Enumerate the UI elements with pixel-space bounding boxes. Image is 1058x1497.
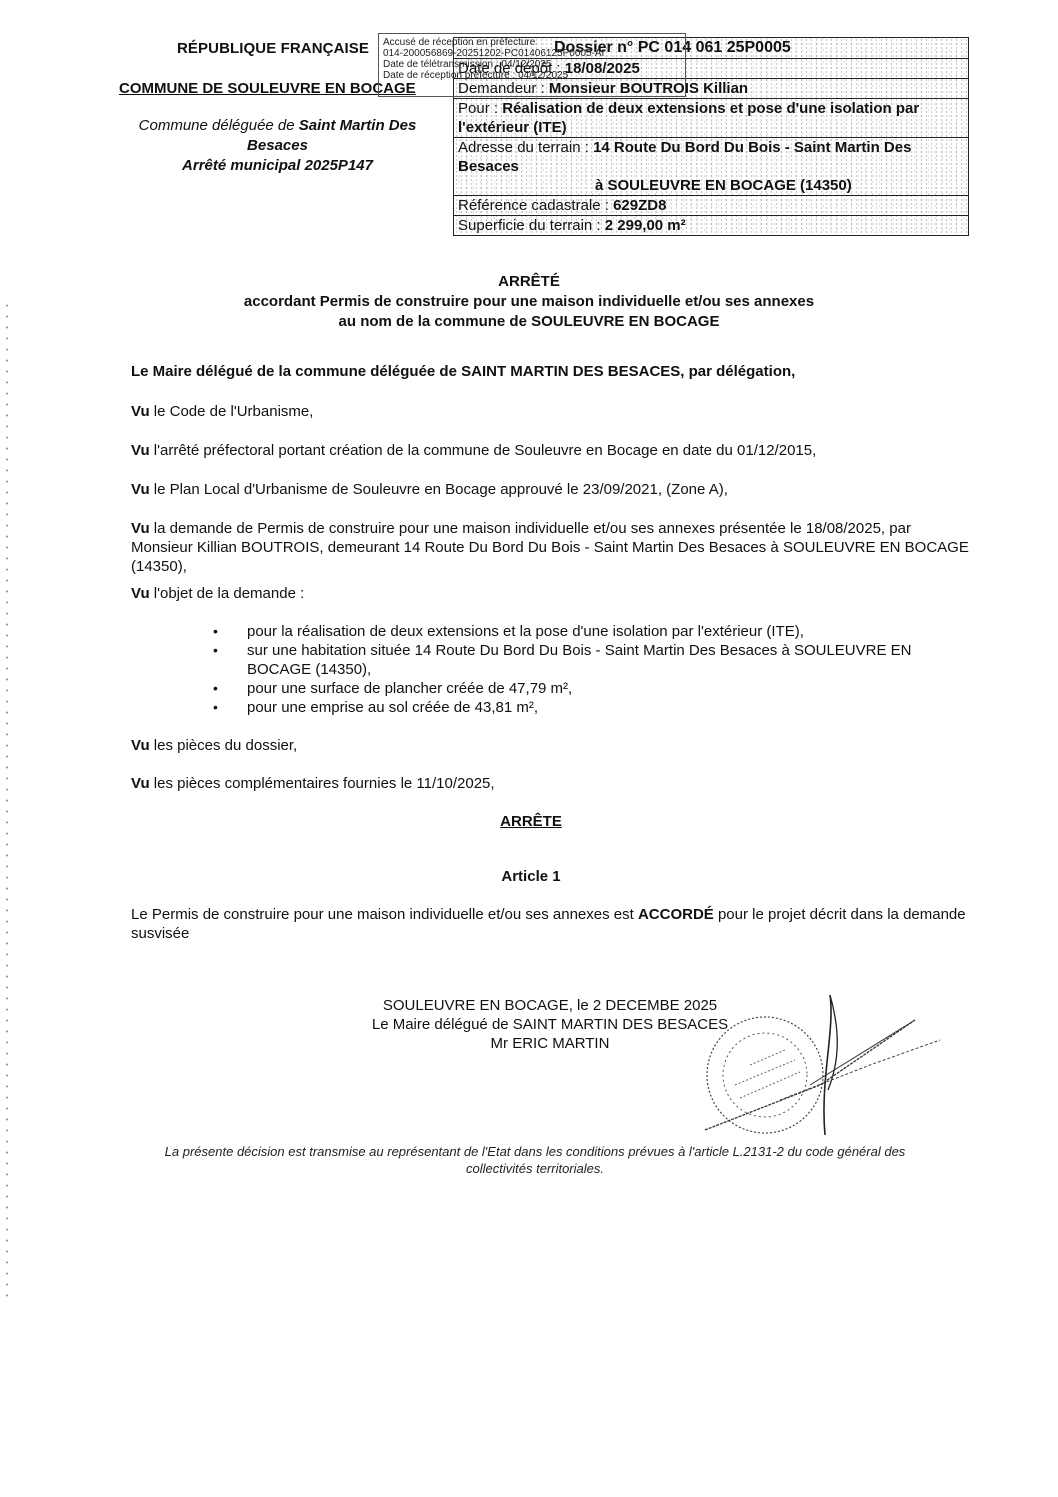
list-item: pour une surface de plancher créée de 47… xyxy=(213,679,973,698)
superficie-value: 2 299,00 m² xyxy=(605,217,686,234)
vu-text: les pièces complémentaires fournies le 1… xyxy=(150,775,495,792)
transmission-notice: La présente décision est transmise au re… xyxy=(130,1143,940,1177)
article-decision: ACCORDÉ xyxy=(638,906,714,923)
vu-paragraph: Vu l'arrêté préfectoral portant création… xyxy=(131,441,971,460)
vu-text: l'objet de la demande : xyxy=(150,585,305,602)
list-item: pour une emprise au sol créée de 43,81 m… xyxy=(213,698,973,717)
vu-paragraph: Vu les pièces du dossier, xyxy=(131,736,971,755)
title-arrete: ARRÊTÉ xyxy=(0,272,1058,292)
article-paragraph: Le Permis de construire pour une maison … xyxy=(131,905,971,943)
official-seal-and-signature-icon xyxy=(690,990,950,1140)
title-commune: au nom de la commune de SOULEUVRE EN BOC… xyxy=(0,312,1058,332)
vu-paragraph: Vu la demande de Permis de construire po… xyxy=(131,519,971,576)
dossier-pour-row: Pour : Réalisation de deux extensions et… xyxy=(454,99,968,138)
article-heading: Article 1 xyxy=(131,867,931,886)
vu-word: Vu xyxy=(131,775,150,792)
stamp-line: Date de télétransmission : 04/12/2025 xyxy=(383,59,681,70)
cadastre-value: 629ZD8 xyxy=(613,197,666,214)
pour-value: Réalisation de deux extensions et pose d… xyxy=(458,100,919,136)
vu-text: les pièces du dossier, xyxy=(150,737,298,754)
superficie-label: Superficie du terrain : xyxy=(458,217,605,234)
delegated-commune-block: Commune déléguée de Saint Martin Des Bes… xyxy=(110,116,445,176)
vu-word: Vu xyxy=(131,442,150,459)
dossier-adresse-row: Adresse du terrain : 14 Route Du Bord Du… xyxy=(454,138,968,196)
vu-word: Vu xyxy=(131,481,150,498)
scan-edge-marks xyxy=(6,300,8,1300)
vu-paragraph: Vu l'objet de la demande : xyxy=(131,584,971,603)
vu-paragraph: Vu le Code de l'Urbanisme, xyxy=(131,402,971,421)
demande-object-list: pour la réalisation de deux extensions e… xyxy=(213,622,973,717)
commune-heading: COMMUNE DE SOULEUVRE EN BOCAGE xyxy=(119,80,416,97)
arrete-reference: Arrêté municipal 2025P147 xyxy=(182,157,373,174)
document-page: RÉPUBLIQUE FRANÇAISE COMMUNE DE SOULEUVR… xyxy=(0,0,1058,1497)
stamp-line: Accusé de réception en préfecture xyxy=(383,37,681,48)
dossier-cadastre-row: Référence cadastrale : 629ZD8 xyxy=(454,196,968,216)
vu-paragraph: Vu les pièces complémentaires fournies l… xyxy=(131,774,971,793)
prefecture-receipt-stamp: Accusé de réception en préfecture 014-20… xyxy=(378,33,686,97)
vu-text: le Plan Local d'Urbanisme de Souleuvre e… xyxy=(150,481,728,498)
vu-word: Vu xyxy=(131,585,150,602)
vu-word: Vu xyxy=(131,737,150,754)
arrete-heading: ARRÊTE xyxy=(131,812,931,831)
pour-label: Pour : xyxy=(458,100,502,117)
vu-text: le Code de l'Urbanisme, xyxy=(150,403,314,420)
intro-paragraph: Le Maire délégué de la commune déléguée … xyxy=(131,362,971,381)
article-text: Le Permis de construire pour une maison … xyxy=(131,906,638,923)
list-item: pour la réalisation de deux extensions e… xyxy=(213,622,973,641)
cadastre-label: Référence cadastrale : xyxy=(458,197,613,214)
vu-word: Vu xyxy=(131,520,150,537)
title-subtitle: accordant Permis de construire pour une … xyxy=(0,292,1058,312)
vu-text: la demande de Permis de construire pour … xyxy=(131,520,969,575)
document-title: ARRÊTÉ accordant Permis de construire po… xyxy=(0,272,1058,332)
vu-text: l'arrêté préfectoral portant création de… xyxy=(150,442,817,459)
stamp-line: Date de réception préfecture : 04/12/202… xyxy=(383,70,681,81)
adresse-line2: à SOULEUVRE EN BOCAGE (14350) xyxy=(458,176,964,195)
list-item: sur une habitation située 14 Route Du Bo… xyxy=(213,641,973,679)
dossier-superficie-row: Superficie du terrain : 2 299,00 m² xyxy=(454,216,968,235)
adresse-label: Adresse du terrain : xyxy=(458,139,593,156)
vu-word: Vu xyxy=(131,403,150,420)
delegated-prefix: Commune déléguée de xyxy=(139,117,299,134)
republique-heading: RÉPUBLIQUE FRANÇAISE xyxy=(177,40,369,57)
stamp-line: 014-200056869-20251202-PC01406125P0005-A… xyxy=(383,48,681,59)
vu-paragraph: Vu le Plan Local d'Urbanisme de Souleuvr… xyxy=(131,480,971,499)
